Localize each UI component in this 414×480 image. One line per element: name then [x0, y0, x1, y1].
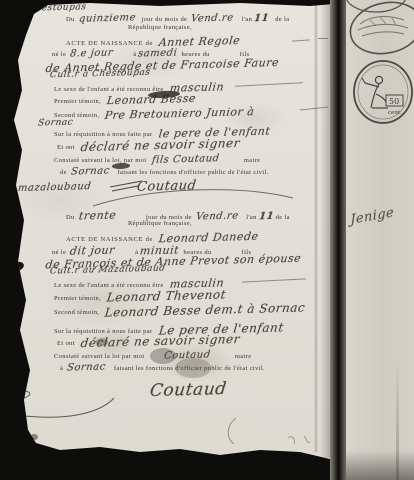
ink-flourish-line	[318, 38, 328, 39]
register-left-page: Chestoupas Du quinzieme jour du mois de …	[0, 0, 334, 480]
printed-label: à	[133, 52, 136, 59]
printed-label: de la	[275, 17, 289, 24]
printed-label: Sur la réquisition à nous faite par	[54, 132, 153, 139]
printed-label: ACTE DE NAISSANCE de	[66, 237, 153, 244]
republic-line: République française,	[128, 25, 192, 32]
handwritten-month: Vend.re	[191, 13, 235, 24]
printed-label: ACTE DE NAISSANCE de	[66, 41, 153, 48]
residence-line: Cult.r à Chestoupas	[50, 70, 150, 79]
handwritten-witness-name: Leonard Besse dem.t à Sornac	[104, 301, 306, 318]
republic-line: République française,	[128, 221, 192, 228]
handwritten-month: Vend.re	[195, 211, 239, 222]
ink-flourish-line	[242, 278, 306, 282]
handwritten-witness-name: Pre Bretouniero Junior à	[104, 106, 255, 121]
handwritten-residence: Cult.r au Mazaloubaud	[49, 264, 166, 276]
printed-label: Premier témoin,	[54, 99, 101, 106]
signature-swash-icon	[0, 378, 132, 428]
printed-label: l'an	[242, 17, 253, 24]
printed-label: Et ont	[57, 341, 75, 348]
first-witness-line: Premier témoin, Leonard Thevenot	[54, 290, 226, 303]
handwritten-birth-day: dit jour	[69, 244, 115, 256]
handwritten-declaration: déclaré ne savoir signer	[80, 137, 241, 153]
printed-label: maire	[244, 158, 261, 165]
commune-line: de Sornac faisant les fonctions d'offici…	[60, 167, 269, 177]
ink-flourish-line	[292, 39, 310, 41]
handwritten-residence: Cult.r à Chestoupas	[49, 69, 151, 81]
stamp-value-text: 50	[389, 97, 399, 106]
handwritten-child-name: Annet Regole	[158, 35, 241, 48]
date-line: Du quinzieme jour du mois de Vend.re l'a…	[66, 14, 289, 24]
printed-label: Et ont	[57, 145, 75, 152]
birth-act-record-2: Du trente jour du mois de Vend.re l'an 1…	[0, 206, 334, 406]
printed-label: de	[60, 170, 67, 177]
printed-label: de la	[276, 215, 290, 222]
second-witness-line: Second témoin, Leonard Besse dem.t à Sor…	[54, 304, 305, 317]
printed-label: Constaté suivant la loi, par moi	[54, 158, 146, 165]
printed-label: l'an	[246, 215, 257, 222]
handwritten-child-name: Leonard Danede	[158, 231, 259, 245]
acte-line: ACTE DE NAISSANCE de Leonard Danede	[66, 232, 259, 244]
sex-line: Le sexe de l'enfant a été reconnu être m…	[54, 82, 224, 94]
handwritten-year: 11	[258, 212, 274, 222]
handwritten-officer-name: fils Coutaud	[152, 154, 221, 166]
ink-blot	[30, 434, 38, 440]
stray-pen-mark-icon	[286, 432, 316, 448]
signature-line: Coutaud	[150, 382, 227, 399]
stain	[96, 338, 108, 346]
printed-label: à	[60, 366, 63, 373]
stain	[175, 358, 211, 378]
handwritten-commune: Sornac	[67, 362, 107, 373]
revenue-stamp-icon	[346, 0, 414, 66]
margin-place-note: mazaloubaud	[17, 182, 91, 194]
mayor-signature: Coutaud	[149, 381, 228, 400]
seated-figure-icon	[362, 78, 388, 108]
ink-blot	[3, 147, 15, 158]
declaration-line: Et ont déclaré ne savoir signer	[57, 335, 240, 348]
header-flourish-icon	[88, 186, 303, 212]
commune-line: à Sornac faisant les fonctions d'officie…	[60, 363, 265, 373]
book-binding-gutter	[330, 0, 346, 480]
birth-act-record-1: Du quinzieme jour du mois de Vend.re l'a…	[0, 10, 334, 210]
page-bottom-shadow	[344, 450, 414, 480]
handwritten-commune: Sornac	[70, 166, 110, 177]
printed-label: Constaté suivant la loi par moi	[54, 354, 144, 361]
printed-label: maire	[235, 354, 252, 361]
handwritten-witness-name: Leonard Thevenot	[106, 288, 227, 303]
officer-line: Constaté suivant la loi, par moi fils Co…	[54, 155, 260, 165]
stain	[150, 348, 176, 364]
handwritten-year: 11	[254, 14, 270, 24]
residence-line: Cult.r au Mazaloubaud	[50, 266, 165, 275]
stray-pen-mark-icon	[222, 416, 242, 446]
printed-label: Premier témoin,	[54, 296, 101, 303]
page-fold-streak	[396, 360, 399, 480]
printed-label: République française,	[128, 25, 192, 32]
second-witness-line: Second témoin, Pre Bretouniero Junior à	[54, 108, 255, 120]
printed-label: Du	[66, 17, 75, 24]
ink-flourish-line	[300, 107, 328, 111]
ink-flourish-line	[235, 82, 303, 87]
printed-label: né le	[52, 52, 66, 59]
printed-label: République française,	[128, 221, 192, 228]
printed-label: Second témoin,	[54, 310, 99, 317]
printed-label: Du	[66, 215, 75, 222]
stamp-unit-text: cent.	[388, 110, 402, 116]
declaration-line: Et ont déclaré ne savoir signer	[57, 139, 240, 152]
handwritten-birth-day: 8.e jour	[70, 48, 114, 59]
archival-scan-viewport: { "scan": { "margin_note_top": "Chestoup…	[0, 0, 414, 480]
acte-line: ACTE DE NAISSANCE de Annet Regole	[66, 36, 240, 48]
printed-label: jour du mois de	[141, 17, 187, 24]
fifty-centimes-stamp-icon: 50 cent.	[352, 58, 414, 130]
printed-label: faisant les fonctions d'officier public …	[118, 170, 269, 177]
